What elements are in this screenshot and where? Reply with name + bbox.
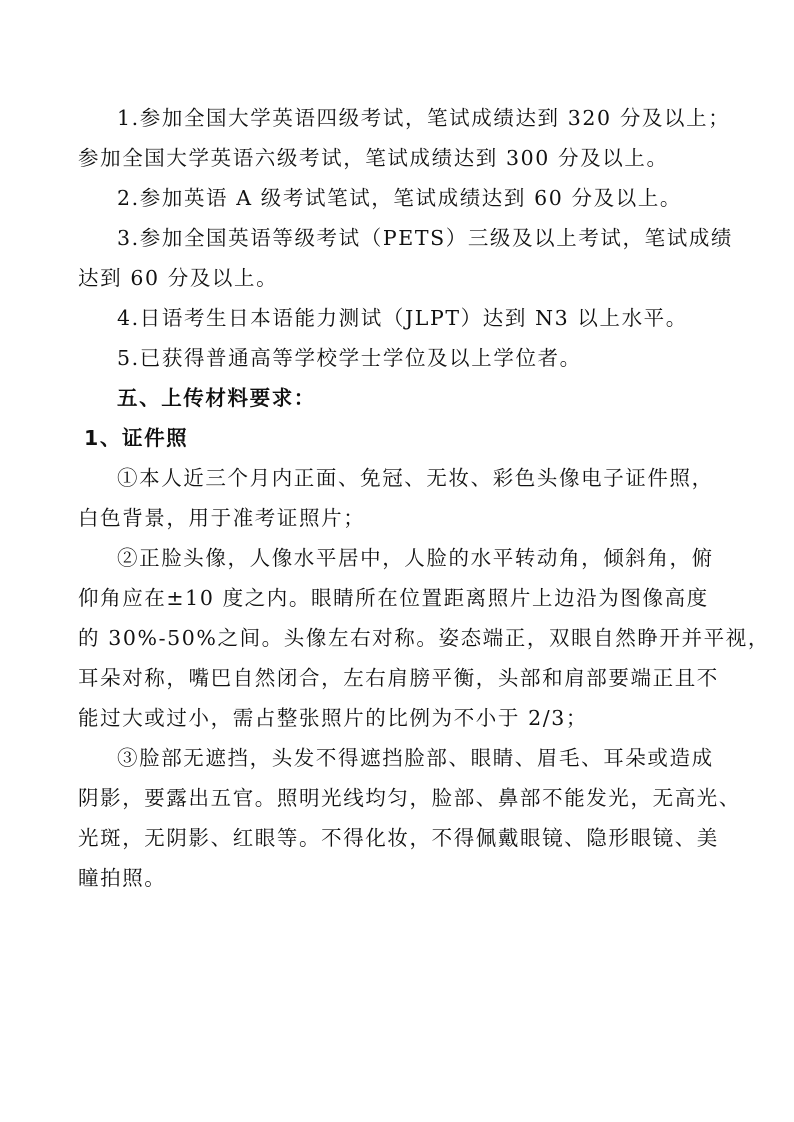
paragraph-line: ②正脸头像，人像水平居中，人脸的水平转动角，倾斜角，俯 [117, 544, 714, 572]
paragraph-line: ③脸部无遮挡，头发不得遮挡脸部、眼睛、眉毛、耳朵或造成 [117, 744, 714, 772]
paragraph-line: 阴影，要露出五官。照明光线均匀，脸部、鼻部不能发光，无高光、 [78, 784, 741, 812]
paragraph-line: 1.参加全国大学英语四级考试，笔试成绩达到 320 分及以上； [117, 104, 730, 132]
paragraph-line: 3.参加全国英语等级考试（PETS）三级及以上考试，笔试成绩 [117, 224, 733, 252]
paragraph-line: ①本人近三个月内正面、免冠、无妆、彩色头像电子证件照， [117, 464, 714, 492]
paragraph-line: 瞳拍照。 [78, 864, 166, 892]
section-heading: 五、上传材料要求： [117, 384, 316, 412]
paragraph-line: 2.参加英语 A 级考试笔试，笔试成绩达到 60 分及以上。 [117, 184, 682, 212]
paragraph-line: 参加全国大学英语六级考试，笔试成绩达到 300 分及以上。 [78, 144, 669, 172]
paragraph-line: 4.日语考生日本语能力测试（JLPT）达到 N3 以上水平。 [117, 304, 688, 332]
paragraph-line: 5.已获得普通高等学校学士学位及以上学位者。 [117, 344, 582, 372]
section-heading: 1、证件照 [84, 424, 188, 452]
paragraph-line: 光斑，无阴影、红眼等。不得化妆，不得佩戴眼镜、隐形眼镜、美 [78, 824, 719, 852]
paragraph-line: 仰角应在±10 度之内。眼睛所在位置距离照片上边沿为图像高度 [78, 584, 709, 612]
paragraph-line: 的 30%-50%之间。头像左右对称。姿态端正，双眼自然睁开并平视， [78, 624, 770, 652]
paragraph-line: 耳朵对称，嘴巴自然闭合，左右肩膀平衡，头部和肩部要端正且不 [78, 664, 719, 692]
paragraph-line: 白色背景，用于准考证照片； [78, 504, 365, 532]
paragraph-line: 能过大或过小，需占整张照片的比例为不小于 2/3； [78, 704, 588, 732]
paragraph-line: 达到 60 分及以上。 [78, 264, 278, 292]
